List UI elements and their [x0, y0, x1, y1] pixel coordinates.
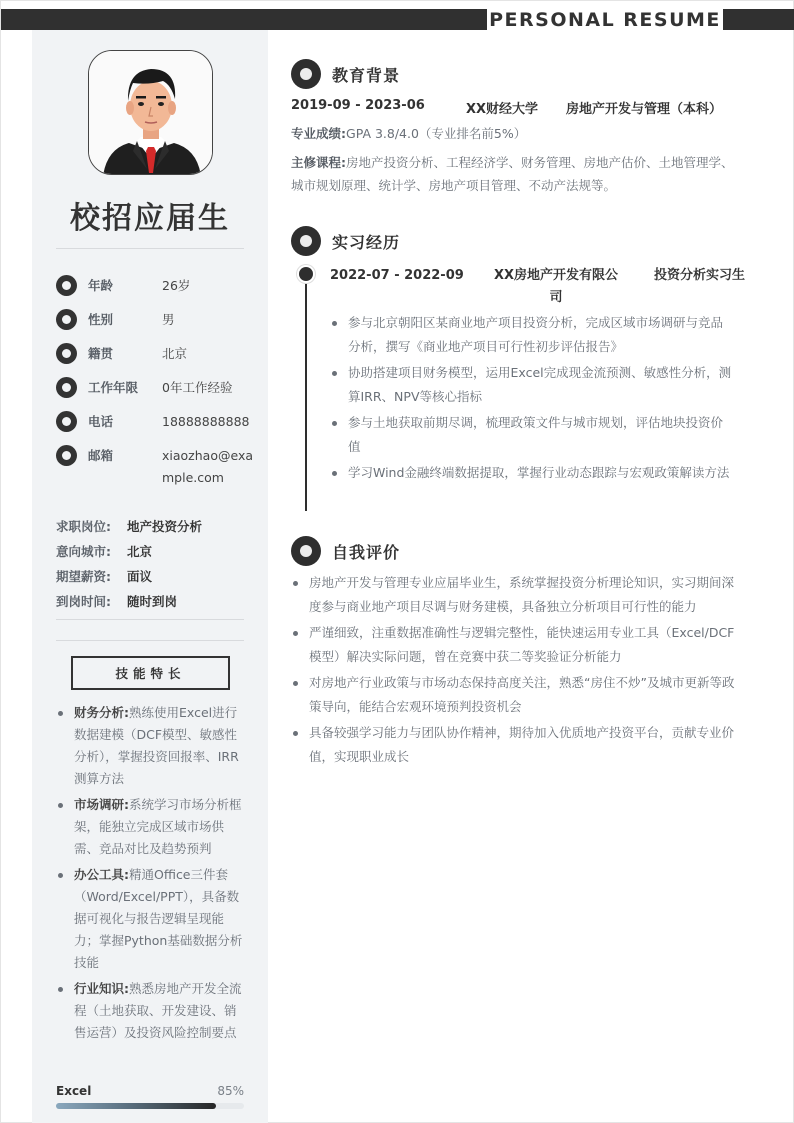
- list-item: 学习Wind金融终端数据提取，掌握行业动态跟踪与宏观政策解读方法: [330, 461, 735, 485]
- section-header-self-eval: 自我评价: [291, 536, 400, 566]
- sidebar: 校招应届生 年龄 26岁 性别 男 籍贯 北京 工作年限 0年工作经验: [32, 30, 268, 1123]
- list-item: 参与土地获取前期尽调，梳理政策文件与城市规划，评估地块投资价值: [330, 411, 735, 459]
- job-label: 求职岗位:: [56, 517, 127, 535]
- section-ring-icon: [291, 59, 321, 89]
- skills-list: 财务分析:熟练使用Excel进行数据建模（DCF模型、敏感性分析），掌握投资回报…: [56, 702, 246, 1048]
- education-major: 房地产开发与管理（本科）: [566, 98, 751, 117]
- list-item: 协助搭建项目财务模型，运用Excel完成现金流预测、敏感性分析，测算IRR、NP…: [330, 361, 735, 409]
- ring-bullet-icon: [56, 343, 77, 364]
- section-header-internship: 实习经历: [291, 226, 400, 256]
- section-ring-icon: [291, 226, 321, 256]
- job-value: 面议: [127, 567, 152, 585]
- job-value: 随时到岗: [127, 592, 177, 610]
- section-title: 自我评价: [332, 540, 400, 563]
- courses-label: 主修课程: [291, 155, 341, 170]
- skill-bar-fill: [56, 1103, 216, 1109]
- skills-title: 技能特长: [71, 656, 230, 690]
- timeline-dot-icon: [299, 267, 313, 281]
- job-value: 地产投资分析: [127, 517, 202, 535]
- header-title-box: PERSONAL RESUME: [487, 7, 723, 33]
- skill-bar-track: [56, 1103, 244, 1109]
- info-value: 北京: [162, 343, 256, 365]
- info-value: 男: [162, 309, 256, 331]
- gpa-value: GPA 3.8/4.0（专业排名前5%）: [346, 126, 526, 141]
- info-label: 邮箱: [88, 445, 162, 466]
- list-item: 具备较强学习能力与团队协作精神，期待加入优质地产投资平台，贡献专业价值，实现职业…: [291, 721, 736, 769]
- divider: [56, 248, 244, 249]
- candidate-name: 校招应届生: [32, 193, 268, 237]
- info-row-phone: 电话 18888888888: [56, 411, 256, 445]
- education-date: 2019-09 - 2023-06: [291, 98, 466, 117]
- info-label: 工作年限: [88, 377, 162, 398]
- job-label: 到岗时间:: [56, 592, 127, 610]
- education-school: XX财经大学: [466, 98, 566, 117]
- internship-summary: 2022-07 - 2022-09 XX房地产开发有限公司 投资分析实习生: [330, 265, 750, 309]
- internship-date: 2022-07 - 2022-09: [330, 265, 490, 309]
- info-value: 0年工作经验: [162, 377, 256, 399]
- info-row-email: 邮箱 xiaozhao@example.com: [56, 445, 256, 501]
- job-intent-row: 意向城市: 北京: [56, 538, 256, 563]
- skill-name: 办公工具: [74, 867, 124, 882]
- ring-bullet-icon: [56, 309, 77, 330]
- resume-page: PERSONAL RESUME: [0, 0, 794, 1123]
- info-row-gender: 性别 男: [56, 309, 256, 343]
- skill-bar-excel: Excel 85%: [56, 1084, 244, 1109]
- job-label: 意向城市:: [56, 542, 127, 560]
- timeline-line: [305, 273, 307, 511]
- email-value[interactable]: xiaozhao@example.com: [162, 445, 256, 489]
- skill-item: 行业知识:熟悉房地产开发全流程（土地获取、开发建设、销售运营）及投资风险控制要点: [56, 978, 246, 1044]
- info-row-age: 年龄 26岁: [56, 275, 256, 309]
- info-label: 性别: [88, 309, 162, 330]
- info-value: 26岁: [162, 275, 256, 297]
- basic-info-list: 年龄 26岁 性别 男 籍贯 北京 工作年限 0年工作经验 电话 188: [56, 275, 256, 501]
- internship-bullets: 参与北京朝阳区某商业地产项目投资分析，完成区域市场调研与竞品分析，撰写《商业地产…: [330, 311, 735, 487]
- info-label: 籍贯: [88, 343, 162, 364]
- info-label: 电话: [88, 411, 162, 432]
- ring-bullet-icon: [56, 377, 77, 398]
- list-item: 严谨细致，注重数据准确性与逻辑完整性，能快速运用专业工具（Excel/DCF模型…: [291, 621, 736, 669]
- skill-bar-label: Excel: [56, 1084, 91, 1098]
- skill-item: 市场调研:系统学习市场分析框架，能独立完成区域市场供需、竞品对比及趋势预判: [56, 794, 246, 860]
- section-title: 教育背景: [332, 63, 400, 86]
- ring-bullet-icon: [56, 275, 77, 296]
- skill-bar-percent: 85%: [217, 1084, 244, 1098]
- skill-name: 财务分析: [74, 705, 124, 720]
- self-eval-bullets: 房地产开发与管理专业应届毕业生，系统掌握投资分析理论知识，实习期间深度参与商业地…: [291, 571, 736, 771]
- avatar-portrait-icon: [89, 51, 213, 175]
- skill-name: 市场调研: [74, 797, 124, 812]
- gpa-label: 专业成绩: [291, 126, 341, 141]
- skill-item: 办公工具:精通Office三件套（Word/Excel/PPT），具备数据可视化…: [56, 864, 246, 974]
- skill-item: 财务分析:熟练使用Excel进行数据建模（DCF模型、敏感性分析），掌握投资回报…: [56, 702, 246, 790]
- skill-desc: 精通Office三件套（Word/Excel/PPT），具备数据可视化与报告逻辑…: [74, 867, 242, 970]
- job-value: 北京: [127, 542, 152, 560]
- internship-role: 投资分析实习生: [622, 265, 750, 309]
- header-title: PERSONAL RESUME: [489, 9, 721, 31]
- courses-value: 房地产投资分析、工程经济学、财务管理、房地产估价、土地管理学、城市规划原理、统计…: [291, 155, 734, 193]
- education-courses: 主修课程:房地产投资分析、工程经济学、财务管理、房地产估价、土地管理学、城市规划…: [291, 151, 736, 197]
- job-label: 期望薪资:: [56, 567, 127, 585]
- education-gpa: 专业成绩:GPA 3.8/4.0（专业排名前5%）: [291, 122, 736, 145]
- info-row-hometown: 籍贯 北京: [56, 343, 256, 377]
- job-intent-row: 期望薪资: 面议: [56, 563, 256, 588]
- list-item: 对房地产行业政策与市场动态保持高度关注，熟悉“房住不炒”及城市更新等政策导向，能…: [291, 671, 736, 719]
- list-item: 参与北京朝阳区某商业地产项目投资分析，完成区域市场调研与竞品分析，撰写《商业地产…: [330, 311, 735, 359]
- internship-company: XX房地产开发有限公司: [490, 265, 622, 309]
- job-intent-row: 求职岗位: 地产投资分析: [56, 513, 256, 538]
- divider: [56, 640, 244, 641]
- job-intent-row: 到岗时间: 随时到岗: [56, 588, 256, 613]
- job-intent-list: 求职岗位: 地产投资分析 意向城市: 北京 期望薪资: 面议 到岗时间: 随时到…: [56, 513, 256, 613]
- section-title: 实习经历: [332, 230, 400, 253]
- divider: [56, 619, 244, 620]
- section-header-education: 教育背景: [291, 59, 400, 89]
- phone-value[interactable]: 18888888888: [162, 411, 256, 433]
- ring-bullet-icon: [56, 445, 77, 466]
- section-ring-icon: [291, 536, 321, 566]
- info-row-experience: 工作年限 0年工作经验: [56, 377, 256, 411]
- list-item: 房地产开发与管理专业应届毕业生，系统掌握投资分析理论知识，实习期间深度参与商业地…: [291, 571, 736, 619]
- education-summary: 2019-09 - 2023-06 XX财经大学 房地产开发与管理（本科）: [291, 98, 751, 117]
- avatar: [88, 50, 213, 175]
- info-label: 年龄: [88, 275, 162, 296]
- ring-bullet-icon: [56, 411, 77, 432]
- skill-name: 行业知识: [74, 981, 124, 996]
